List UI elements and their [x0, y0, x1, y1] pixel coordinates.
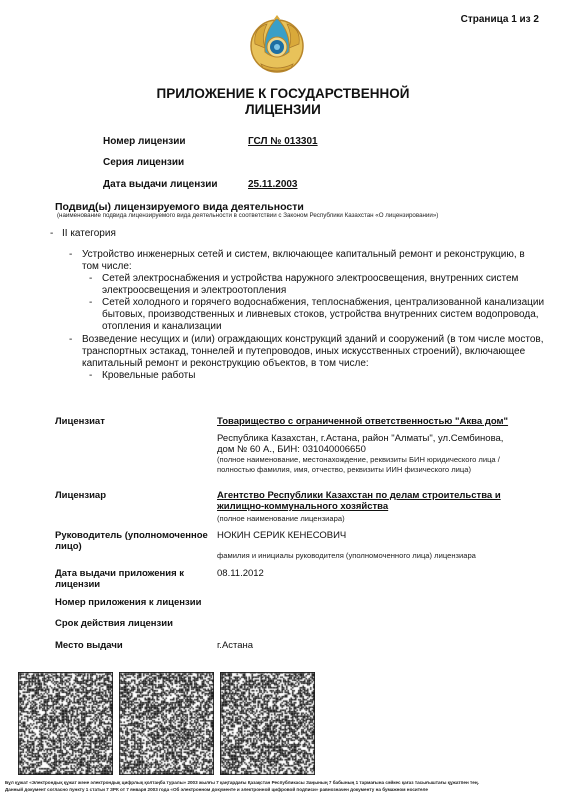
- head-note: фамилия и инициалы руководителя (уполном…: [217, 551, 537, 561]
- annex-date-value: 08.11.2012: [217, 568, 517, 579]
- licensee-address-line-2: дом № 60 А., БИН: 031040006650: [217, 444, 517, 455]
- subtype-item-2: - Возведение несущих и (или) ограждающих…: [82, 334, 557, 370]
- license-number-label: Номер лицензии: [103, 136, 186, 147]
- licensee-address-line-1: Республика Казахстан, г.Астана, район "А…: [217, 433, 517, 444]
- licensee-address: Республика Казахстан, г.Астана, район "А…: [217, 433, 517, 455]
- subtype-1-child-2: - Сетей холодного и горячего водоснабжен…: [102, 297, 557, 333]
- roofing-works: Кровельные работы: [102, 370, 195, 382]
- subtype-1-child-1: - Сетей электроснабжения и устройства на…: [102, 273, 552, 297]
- footer-line-ru: Данный документ согласно пункту 1 статьи…: [5, 787, 479, 794]
- license-date-label: Дата выдачи лицензии: [103, 179, 218, 190]
- licensor-name: Агентство Республики Казахстан по делам …: [217, 490, 517, 512]
- annex-number-label: Номер приложения к лицензии: [55, 597, 201, 608]
- kazakhstan-state-emblem-icon: [247, 14, 307, 74]
- licensee-name: Товарищество с ограниченной ответственно…: [217, 416, 517, 427]
- qr-code-icon: [220, 672, 315, 775]
- validity-label: Срок действия лицензии: [55, 618, 173, 629]
- licensor-name-line-1: Агентство Республики Казахстан по делам …: [217, 490, 517, 501]
- license-series-label: Серия лицензии: [103, 157, 184, 168]
- license-date-value: 25.11.2003: [248, 179, 298, 190]
- head-label-line-1: Руководитель (уполномоченное: [55, 530, 208, 541]
- head-value: НОКИН СЕРИК КЕНЕСОВИЧ: [217, 530, 517, 541]
- child-2-line-2: бытовых, производственных и ливневых сто…: [102, 309, 557, 321]
- document-title: ПРИЛОЖЕНИЕ К ГОСУДАРСТВЕННОЙ ЛИЦЕНЗИИ: [0, 86, 566, 118]
- category-item: - II категория: [62, 228, 116, 240]
- licensor-note: (полное наименование лицензиара): [217, 514, 507, 524]
- subtype-1-line-2: том числе:: [82, 261, 552, 273]
- licensee-label: Лицензиат: [55, 416, 105, 427]
- place-label: Место выдачи: [55, 640, 123, 651]
- page-indicator: Страница 1 из 2: [461, 14, 539, 25]
- head-label-line-2: лицо): [55, 541, 208, 552]
- annex-date-label: Дата выдачи приложения к лицензии: [55, 568, 184, 590]
- subtype-2-line-3: капитальный ремонт и реконструкцию объек…: [82, 358, 557, 370]
- child-2-line-1: Сетей холодного и горячего водоснабжения…: [102, 297, 557, 309]
- footer-line-kz: Бұл құжат «Электрондық құжат және электр…: [5, 780, 479, 787]
- legal-footer: Бұл құжат «Электрондық құжат және электр…: [5, 780, 479, 793]
- title-line-1: ПРИЛОЖЕНИЕ К ГОСУДАРСТВЕННОЙ: [0, 86, 566, 102]
- annex-date-label-line-1: Дата выдачи приложения к: [55, 568, 184, 579]
- child-1-line-2: электроосвещения и электроотопления: [102, 285, 552, 297]
- qr-code-icon: [119, 672, 214, 775]
- licensor-label: Лицензиар: [55, 490, 106, 501]
- head-label: Руководитель (уполномоченное лицо): [55, 530, 208, 552]
- subtypes-note: (наименование подвида лицензируемого вид…: [57, 212, 438, 219]
- licensor-name-line-2: жилищно-коммунального хозяйства: [217, 501, 517, 512]
- licensee-note: (полное наименование, местонахождение, р…: [217, 455, 507, 474]
- subtype-1-line-1: Устройство инженерных сетей и систем, вк…: [82, 249, 552, 261]
- child-1-line-1: Сетей электроснабжения и устройства нару…: [102, 273, 552, 285]
- child-2-line-3: отопления и канализации: [102, 321, 557, 333]
- category-label: II категория: [62, 228, 116, 239]
- qr-code-icon: [18, 672, 113, 775]
- subtype-2-line-1: Возведение несущих и (или) ограждающих к…: [82, 334, 557, 346]
- place-value: г.Астана: [217, 640, 517, 651]
- subtype-2-line-2: транспортных эстакад, тоннелей и путепро…: [82, 346, 557, 358]
- title-line-2: ЛИЦЕНЗИИ: [0, 102, 566, 118]
- license-number-value: ГСЛ № 013301: [248, 136, 318, 147]
- subtype-2-child-1: - Кровельные работы: [102, 370, 195, 382]
- subtype-item-1: - Устройство инженерных сетей и систем, …: [82, 249, 552, 273]
- annex-date-label-line-2: лицензии: [55, 579, 184, 590]
